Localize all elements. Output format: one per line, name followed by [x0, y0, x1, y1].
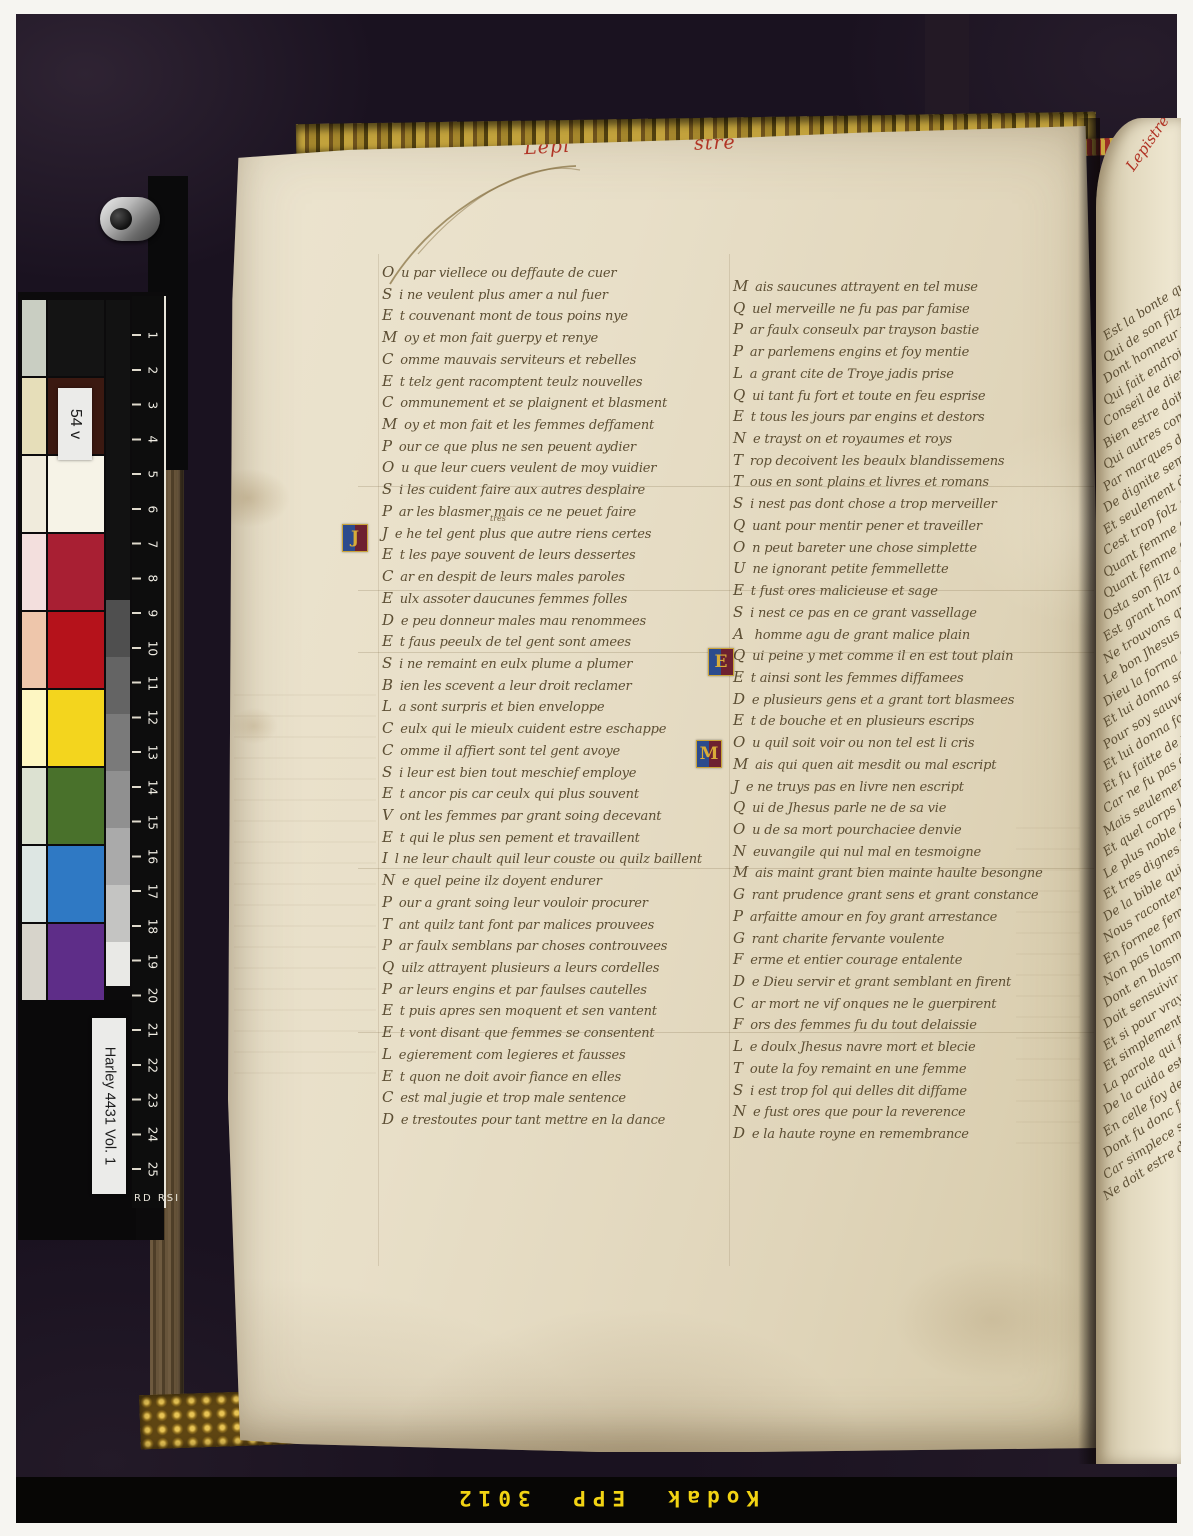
ruler-number: 5: [135, 465, 170, 483]
ruler-number: 10: [135, 639, 170, 657]
color-swatch: [22, 690, 46, 766]
facing-text-column: Est la bonte qui tant fu mQui de son fil…: [1104, 326, 1181, 1208]
verse-line: Et quon ne doit avoir fiance en elles: [382, 1066, 702, 1088]
verse-line: Ceulx qui le mieulx cuident estre eschap…: [382, 718, 702, 740]
text-column-right: Mais saucunes attrayent en tel museQuel …: [733, 276, 1043, 1145]
ruler-number: 18: [135, 917, 170, 935]
verse-line: Si est trop fol qui delles dit diffame: [733, 1080, 1043, 1102]
verse-line: Si leur est bien tout meschief employe: [382, 762, 702, 784]
verse-line: Et qui le plus sen pement et travaillent: [382, 827, 702, 849]
gray-step-wedge: [106, 300, 130, 986]
verse-line: La grant cite de Troye jadis prise: [733, 363, 1043, 385]
ruler-number: 19: [135, 952, 170, 970]
verse-line: Qui de Jhesus parle ne de sa vie: [733, 797, 1043, 819]
verse-line: A homme agu de grant malice plain: [733, 624, 1043, 646]
ruler-number: 23: [135, 1091, 170, 1109]
ruler-number: 2: [135, 361, 170, 379]
color-swatch: [48, 846, 104, 922]
ruler-number: 4: [135, 431, 170, 449]
verse-line: Comme il affiert sont tel gent avoye: [382, 740, 702, 762]
ruler-number: 25: [135, 1160, 170, 1178]
verse-line: Legierement com legieres et fausses: [382, 1044, 702, 1066]
verse-line: Moy et mon fait guerpy et renye: [382, 327, 702, 349]
verse-line: Eulx assoter daucunes femmes folles: [382, 588, 702, 610]
verse-line: Ne fust ores que pour la reverence: [733, 1101, 1043, 1123]
facing-page-edge: Lepistre au Est la bonte qui tant fu mQu…: [1096, 118, 1181, 1464]
verse-line: Ou quil soit voir ou non tel est li cris: [733, 732, 1043, 754]
verse-line: Mais maint grant bien mainte haulte beso…: [733, 862, 1043, 884]
interlinear-correction: tres: [490, 514, 506, 523]
ruler-number: 11: [135, 674, 170, 692]
verse-line: De la haute royne en remembrance: [733, 1123, 1043, 1145]
verse-line: Vont les femmes par grant soing decevant: [382, 805, 702, 827]
gray-step: [106, 714, 130, 771]
verse-line: Mais qui quen ait mesdit ou mal escript: [733, 754, 1043, 776]
verse-line: Tant quilz tant font par malices prouvee…: [382, 914, 702, 936]
color-swatch: [22, 456, 46, 532]
ruler-number: 12: [135, 709, 170, 727]
verse-line: Ou que leur cuers veulent de moy vuidier: [382, 457, 702, 479]
verse-line: Comme mauvais serviteurs et rebelles: [382, 349, 702, 371]
folio-number-label: 54 v: [58, 388, 92, 460]
verse-line: Par les blasmer mais ce ne peuet faire: [382, 501, 702, 523]
verse-line: Neuvangile qui nul mal en tesmoigne: [733, 841, 1043, 863]
manuscript-photo-frame: Lepi stre Ou par viellece ou deffaute de…: [0, 0, 1193, 1536]
verse-line: La sont surpris et bien enveloppe: [382, 696, 702, 718]
verse-line: Et couvenant mont de tous poins nye: [382, 305, 702, 327]
ruler-number: 9: [135, 604, 170, 622]
verse-line: Par parlemens engins et foy mentie: [733, 341, 1043, 363]
photographic-ruler: 1234567891011121314151617181920212223242…: [132, 296, 166, 1208]
verse-line: Et ainsi sont les femmes diffamees: [733, 667, 1043, 689]
verse-line: Ou par viellece ou deffaute de cuer: [382, 262, 702, 284]
verse-line: Tous en sont plains et livres et romans: [733, 471, 1043, 493]
illuminated-initial: E: [708, 648, 734, 676]
verse-line: Quilz attrayent plusieurs a leurs cordel…: [382, 957, 702, 979]
verse-line: Par faulx semblans par choses controuvee…: [382, 935, 702, 957]
color-swatch: [48, 768, 104, 844]
verse-line: Toute la foy remaint en une femme: [733, 1058, 1043, 1080]
gray-step: [106, 942, 130, 986]
ruler-number: 15: [135, 813, 170, 831]
verse-line: Je he tel gent plus que autre riens cert…: [382, 523, 702, 545]
verse-line: Grant charite fervante voulente: [733, 928, 1043, 950]
verse-line: Et vont disant que femmes se consentent: [382, 1022, 702, 1044]
verse-line: Car en despit de leurs males paroles: [382, 566, 702, 588]
verse-line: Moy et mon fait et les femmes deffament: [382, 414, 702, 436]
verse-line: Grant prudence grant sens et grant const…: [733, 884, 1043, 906]
ruler-number: 1: [135, 326, 170, 344]
ruler-number: 16: [135, 848, 170, 866]
verse-line: Fors des femmes fu du tout delaissie: [733, 1014, 1043, 1036]
verse-line: De trestoutes pour tant mettre en la dan…: [382, 1109, 702, 1131]
ruler-number: 3: [135, 396, 170, 414]
verse-line: Si les cuident faire aux autres desplair…: [382, 479, 702, 501]
verse-line: Qui peine y met comme il en est tout pla…: [733, 645, 1043, 667]
verse-line: Bien les scevent a leur droit reclamer: [382, 675, 702, 697]
gray-step: [106, 657, 130, 714]
verse-line: Quant pour mentir pener et traveiller: [733, 515, 1043, 537]
verse-line: Et les paye souvent de leurs dessertes: [382, 544, 702, 566]
verse-line: Parfaitte amour en foy grant arrestance: [733, 906, 1043, 928]
shelfmark-text: Harley 4431 Vol. 1: [101, 1047, 117, 1166]
verse-line: Quel merveille ne fu pas par famise: [733, 298, 1043, 320]
ruler-number: 17: [135, 882, 170, 900]
color-swatch: [22, 378, 46, 454]
verse-line: Et ancor pis car ceulx qui plus souvent: [382, 783, 702, 805]
verse-line: Je ne truys pas en livre nen escript: [733, 776, 1043, 798]
verse-line: Si ne veulent plus amer a nul fuer: [382, 284, 702, 306]
verse-line: Si nest ce pas en ce grant vassellage: [733, 602, 1043, 624]
verse-line: Et fust ores malicieuse et sage: [733, 580, 1043, 602]
verse-line: Il ne leur chault quil leur couste ou qu…: [382, 848, 702, 870]
ruler-number: 20: [135, 987, 170, 1005]
color-swatch: [22, 768, 46, 844]
verse-line: Le doulx Jhesus navre mort et blecie: [733, 1036, 1043, 1058]
verse-line: Mais saucunes attrayent en tel muse: [733, 276, 1043, 298]
color-swatch: [48, 534, 104, 610]
illuminated-initial: M: [696, 740, 722, 768]
ruler-number: 13: [135, 743, 170, 761]
ruler-number: 8: [135, 570, 170, 588]
show-through-left: [234, 682, 376, 1074]
verse-line: Ne quel peine ilz doyent endurer: [382, 870, 702, 892]
color-swatch: [22, 846, 46, 922]
ruling-line-vertical: [378, 254, 379, 1266]
text-column-left: Ou par viellece ou deffaute de cuerSi ne…: [382, 262, 702, 1131]
verse-line: Car mort ne vif onques ne le guerpirent: [733, 993, 1043, 1015]
verse-line: Et tous les jours par engins et destors: [733, 406, 1043, 428]
verse-line: Par faulx conseulx par trayson bastie: [733, 319, 1043, 341]
film-stock-label: Kodak EPP 3012: [452, 1486, 759, 1510]
verse-line: Par leurs engins et par faulses cautelle…: [382, 979, 702, 1001]
ruling-line-vertical: [729, 254, 730, 1266]
verse-line: Et faus peeulx de tel gent sont amees: [382, 631, 702, 653]
backdrop-strap-top: [925, 14, 969, 130]
color-swatch: [48, 924, 104, 1000]
ruler-footer-label: RD RSI: [134, 1193, 180, 1204]
verse-line: Pour a grant soing leur vouloir procurer: [382, 892, 702, 914]
verse-line: On peut bareter une chose simplette: [733, 537, 1043, 559]
verse-line: De plusieurs gens et a grant tort blasme…: [733, 689, 1043, 711]
verse-line: Ou de sa mort pourchaciee denvie: [733, 819, 1043, 841]
verse-line: Une ignorant petite femmellette: [733, 558, 1043, 580]
gray-step: [106, 600, 130, 657]
verse-line: Ne trayst on et royaumes et roys: [733, 428, 1043, 450]
ruler-number: 6: [135, 500, 170, 518]
verse-line: Et puis apres sen moquent et sen vantent: [382, 1000, 702, 1022]
film-strip: Kodak EPP 3012: [16, 1477, 1177, 1523]
verse-line: Et telz gent racomptent teulz nouvelles: [382, 371, 702, 393]
ruler-number: 21: [135, 1021, 170, 1039]
metal-page-clip: [100, 197, 160, 241]
verse-line: Si nest pas dont chose a trop merveiller: [733, 493, 1043, 515]
verse-line: Et de bouche et en plusieurs escrips: [733, 710, 1043, 732]
verse-line: Ferme et entier courage entalente: [733, 949, 1043, 971]
verse-line: Pour ce que plus ne sen peuent aydier: [382, 436, 702, 458]
verse-line: Si ne remaint en eulx plume a plumer: [382, 653, 702, 675]
color-swatch: [48, 456, 104, 532]
ruler-scale: 1234567891011121314151617181920212223242…: [143, 318, 161, 1187]
verse-line: Qui tant fu fort et toute en feu esprise: [733, 385, 1043, 407]
gray-step: [106, 771, 130, 828]
ruler-number: 24: [135, 1126, 170, 1144]
color-swatch: [48, 690, 104, 766]
gray-step: [106, 885, 130, 942]
manuscript-page-54v: Lepi stre Ou par viellece ou deffaute de…: [228, 126, 1096, 1452]
verse-line: Communement et se plaignent et blasment: [382, 392, 702, 414]
gray-step: [106, 300, 130, 600]
clip-hole: [110, 208, 132, 230]
color-swatch: [22, 300, 46, 376]
verse-line: De Dieu servir et grant semblant en fire…: [733, 971, 1043, 993]
illuminated-initial: J: [342, 524, 368, 552]
shelfmark-label: Harley 4431 Vol. 1: [92, 1018, 126, 1194]
verse-line: De peu donneur males mau renommees: [382, 610, 702, 632]
folio-number-text: 54 v: [66, 409, 84, 439]
verse-line: Cest mal jugie et trop male sentence: [382, 1087, 702, 1109]
gray-step: [106, 828, 130, 885]
ruler-number: 7: [135, 535, 170, 553]
color-bar-pale-swatches: [22, 300, 46, 1000]
color-swatch: [22, 924, 46, 1000]
color-swatch: [22, 534, 46, 610]
facing-rubric-heading: Lepistre au: [1122, 118, 1181, 174]
color-swatch: [48, 612, 104, 688]
verse-line: Trop decoivent les beaulx blandissemens: [733, 450, 1043, 472]
ruler-number: 14: [135, 778, 170, 796]
color-swatch: [22, 612, 46, 688]
color-swatch: [48, 300, 104, 376]
ruler-number: 22: [135, 1056, 170, 1074]
